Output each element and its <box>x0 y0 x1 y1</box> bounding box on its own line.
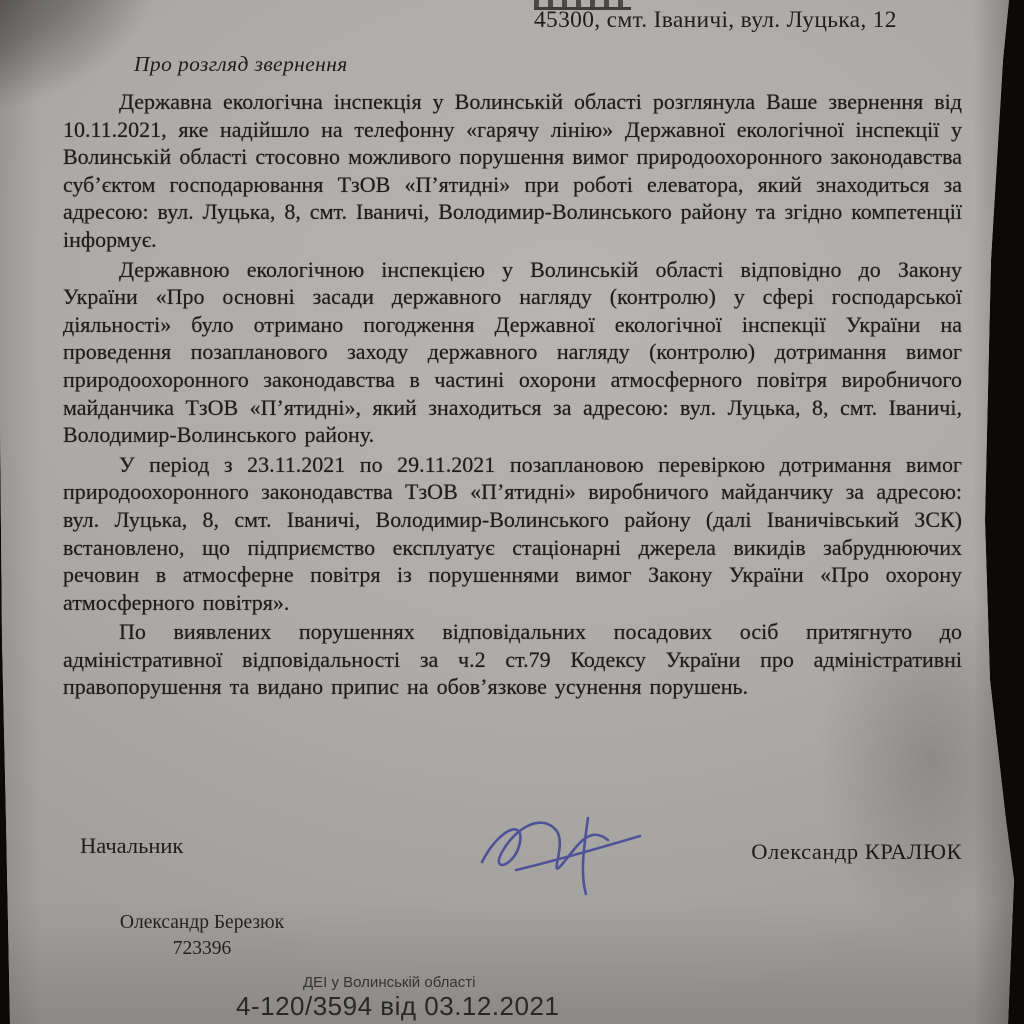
document-content: 45300, смт. Іваничі, вул. Луцька, 12 Про… <box>0 0 1024 1024</box>
executor-phone: 723396 <box>112 936 292 962</box>
paragraph-2: Державною екологічною інспекцією у Волин… <box>63 256 962 449</box>
handwritten-signature-icon <box>468 800 658 900</box>
signer-title: Начальник <box>80 833 183 859</box>
stamp-registration-number: 4-120/3594 від 03.12.2021 <box>236 991 559 1022</box>
stamp-organization: ДЕІ у Волинській області <box>303 974 475 991</box>
paragraph-3: У період з 23.11.2021 по 29.11.2021 поза… <box>63 451 962 617</box>
executor-block: Олександр Березюк 723396 <box>112 910 292 962</box>
signer-name: Олександр КРАЛЮК <box>751 839 962 865</box>
letterhead-address: 45300, смт. Іваничі, вул. Луцька, 12 <box>534 7 897 34</box>
photo-of-document: { "photo": { "background_color": "#0b0a0… <box>0 0 1024 1024</box>
executor-name: Олександр Березюк <box>112 910 292 936</box>
subject-line: Про розгляд звернення <box>134 52 348 77</box>
letter-body: Державна екологічна інспекція у Волинськ… <box>63 88 962 703</box>
document-page: 45300, смт. Іваничі, вул. Луцька, 12 Про… <box>0 0 1024 1024</box>
paragraph-1: Державна екологічна інспекція у Волинськ… <box>63 88 962 254</box>
paragraph-4: По виявлених порушеннях відповідальних п… <box>63 618 962 701</box>
